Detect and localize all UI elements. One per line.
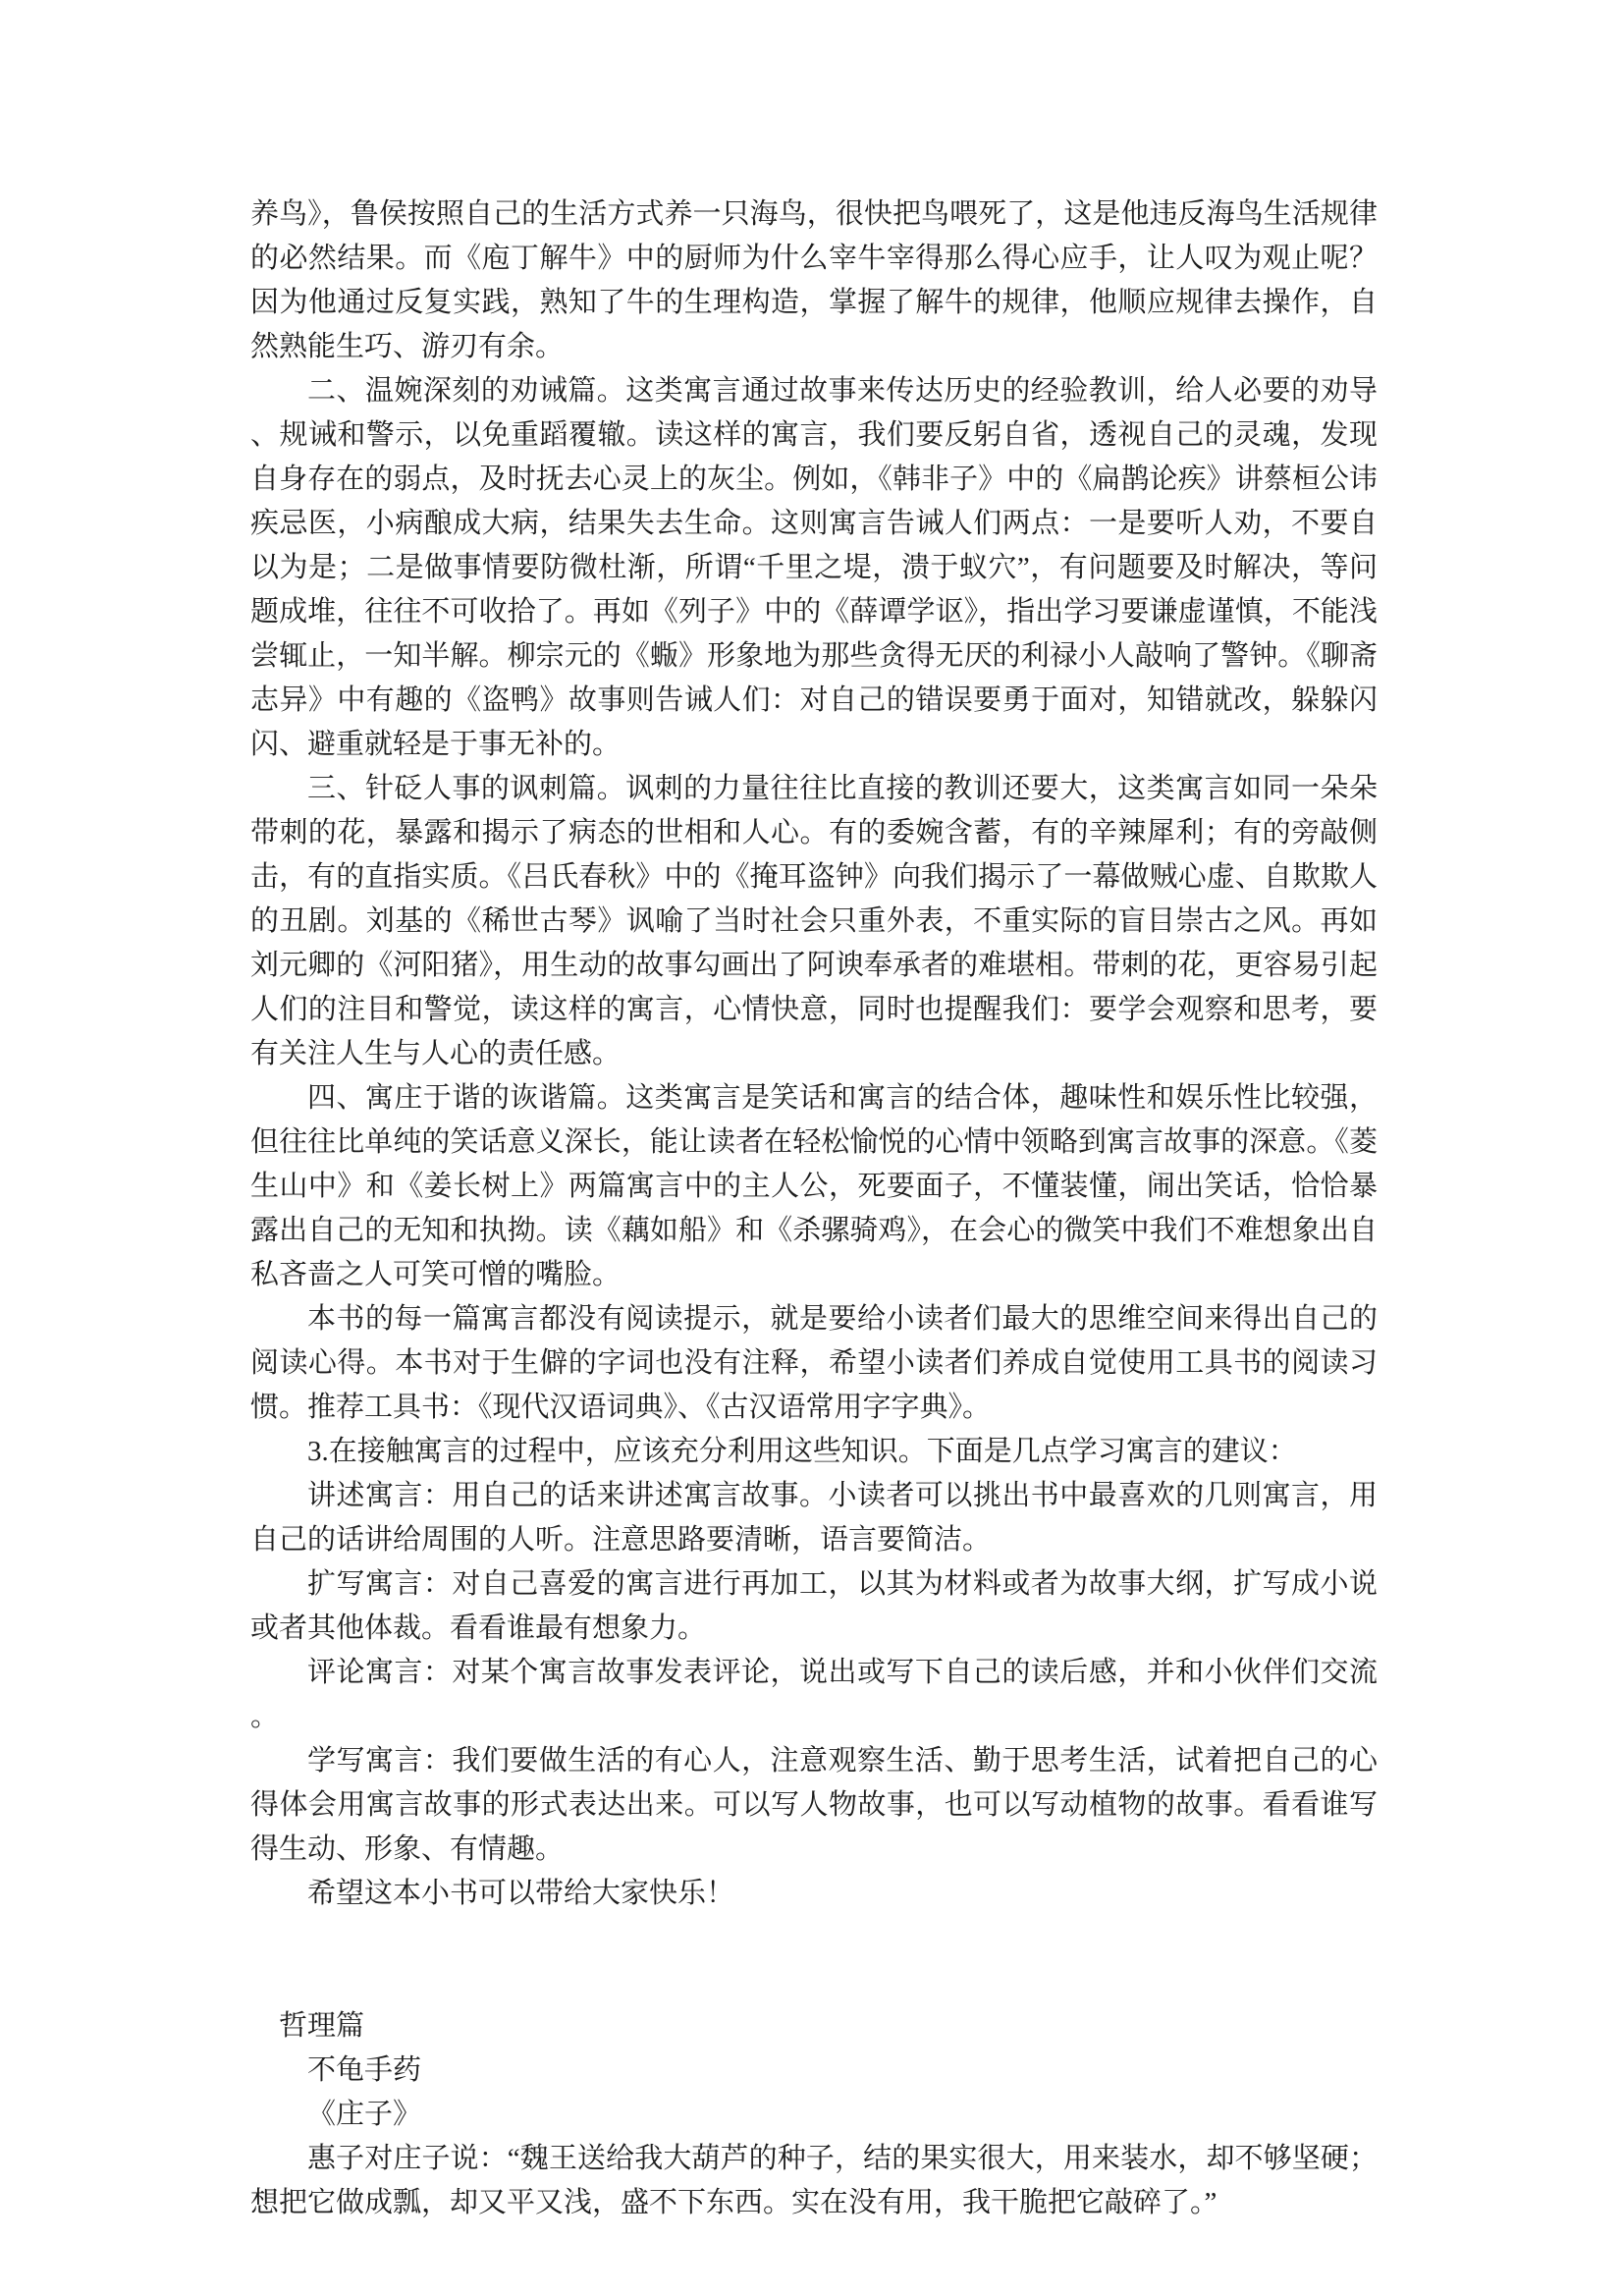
- paragraph-retell-fable: 讲述寓言：用自己的话来讲述寓言故事。小读者可以挑出书中最喜欢的几则寓言，用自己的…: [250, 1474, 1378, 1562]
- document-body-text: 养鸟》，鲁侯按照自己的生活方式养一只海鸟，很快把鸟喂死了，这是他违反海鸟生活规律…: [250, 192, 1378, 2225]
- paragraph-suggestions-intro: 3.在接触寓言的过程中，应该充分利用这些知识。下面是几点学习寓言的建议：: [250, 1430, 1378, 1474]
- paragraph-closing-wish: 希望这本小书可以带给大家快乐！: [250, 1872, 1378, 1916]
- section-title-philosophy: 哲理篇: [250, 2004, 1378, 2049]
- paragraph-comment-fable: 评论寓言：对某个寓言故事发表评论，说出或写下自己的读后感，并和小伙伴们交流。: [250, 1651, 1378, 1739]
- paragraph-expand-fable: 扩写寓言：对自己喜爱的寓言进行再加工，以其为材料或者为故事大纲，扩写成小说或者其…: [250, 1562, 1378, 1651]
- document-page: 养鸟》，鲁侯按照自己的生活方式养一只海鸟，很快把鸟喂死了，这是他违反海鸟生活规律…: [0, 0, 1623, 2296]
- paragraph-reading-tips: 本书的每一篇寓言都没有阅读提示，就是要给小读者们最大的思维空间来得出自己的阅读心…: [250, 1297, 1378, 1430]
- story-title-bugui-shouyao: 不龟手药: [250, 2049, 1378, 2093]
- story-source-zhuangzi: 《庄子》: [250, 2093, 1378, 2137]
- paragraph-humor-fables: 四、寓庄于谐的诙谐篇。这类寓言是笑话和寓言的结合体，趣味性和娱乐性比较强，但往往…: [250, 1076, 1378, 1297]
- paragraph-write-fable: 学写寓言：我们要做生活的有心人，注意观察生活、勤于思考生活，试着把自己的心得体会…: [250, 1739, 1378, 1872]
- paragraph-satire-fables: 三、针砭人事的讽刺篇。讽刺的力量往往比直接的教训还要大，这类寓言如同一朵朵带刺的…: [250, 767, 1378, 1076]
- paragraph-admonition-fables: 二、温婉深刻的劝诫篇。这类寓言通过故事来传达历史的经验教训，给人必要的劝导、规诫…: [250, 369, 1378, 767]
- paragraph-opening-continuation: 养鸟》，鲁侯按照自己的生活方式养一只海鸟，很快把鸟喂死了，这是他违反海鸟生活规律…: [250, 192, 1378, 369]
- paragraph-huizi-quote: 惠子对庄子说：“魏王送给我大葫芦的种子，结的果实很大，用来装水，却不够坚硬；想把…: [250, 2137, 1378, 2225]
